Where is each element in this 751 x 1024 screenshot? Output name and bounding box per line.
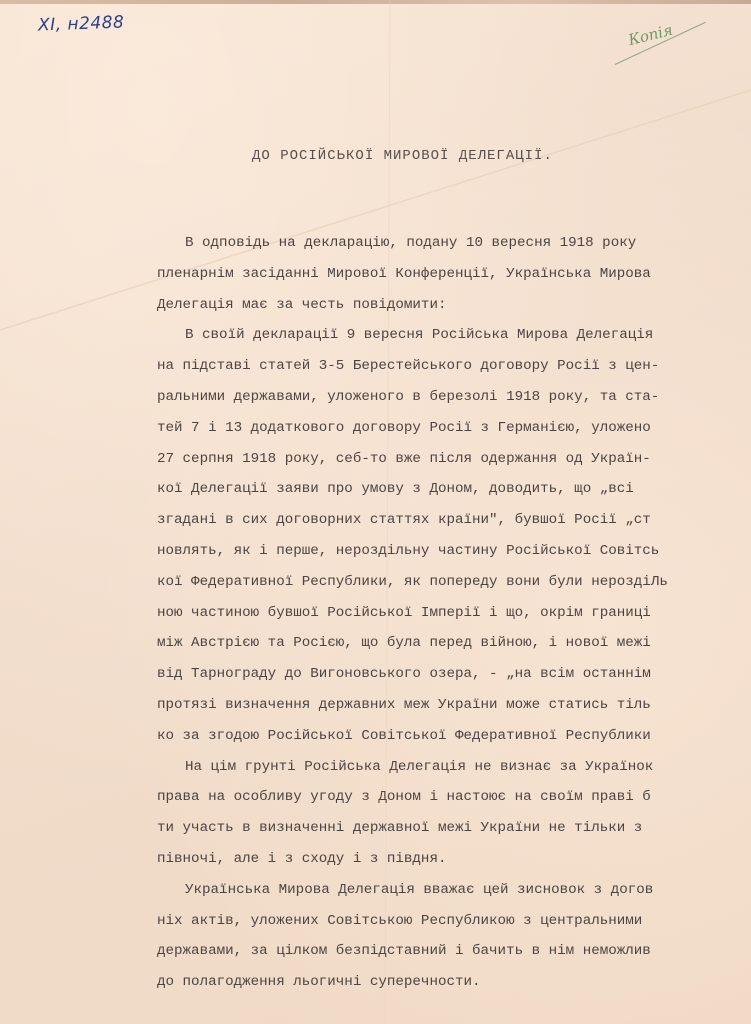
text-line: півночі, але і з сходу і з півдня.	[157, 844, 751, 875]
text-line: На цім грунті Російська Делегація не виз…	[157, 752, 751, 783]
text-line: державами, за цілком безпідставний і бач…	[157, 936, 751, 967]
text-line: між Австрією та Росією, що була перед ві…	[157, 628, 751, 659]
paper-top-edge	[0, 0, 751, 4]
text-line: пленарнім засіданні Мирової Конференції,…	[157, 259, 751, 290]
text-line: від Тарнограду до Вигоновського озера, -…	[157, 659, 751, 690]
text-line: згадані в сих договорних статтях країни"…	[157, 505, 751, 536]
text-line: ко за згодою Російської Совітської Федер…	[157, 721, 751, 752]
archive-reference-code: XI, н2488	[38, 12, 125, 35]
text-line: права на особливу угоду з Доном і настою…	[157, 782, 751, 813]
text-line: новлять, як і перше, нероздільну частину…	[157, 536, 751, 567]
text-line: на підставі статей 3-5 Берестейського до…	[157, 351, 751, 382]
document-body: В одповідь на декларацію, подану 10 вере…	[157, 228, 751, 998]
text-line: ною частиною бувшої Російської Імперії і…	[157, 598, 751, 629]
text-line: Делегація має за честь повідомити:	[157, 290, 751, 321]
text-line: В одповідь на декларацію, подану 10 вере…	[157, 228, 751, 259]
document-title: ДО РОСІЙСЬКОЇ МИРОВОЇ ДЕЛЕГАЦІЇ.	[252, 148, 553, 164]
document-page: XI, н2488 Копія ДО РОСІЙСЬКОЇ МИРОВОЇ ДЕ…	[0, 0, 751, 1024]
text-line: ніх актів, уложених Совітською Республик…	[157, 906, 751, 937]
text-line: до полагодження льогичні суперечности.	[157, 967, 751, 998]
text-line: Українська Мирова Делегація вважає цей з…	[157, 875, 751, 906]
text-line: протязі визначення державних меж України…	[157, 690, 751, 721]
text-line: кої Федеративної Республики, як попереду…	[157, 567, 751, 598]
handwritten-signature: Копія	[626, 21, 674, 49]
text-line: 27 серпня 1918 року, себ-то вже після од…	[157, 444, 751, 475]
text-line: ти участь в визначенні державної межі Ук…	[157, 813, 751, 844]
text-line: ральними державами, уложеного в березолі…	[157, 382, 751, 413]
text-line: В своїй декларації 9 вересня Російська М…	[157, 320, 751, 351]
text-line: тей 7 і 13 додаткового договору Росії з …	[157, 413, 751, 444]
text-line: кої Делегації заяви про умову з Доном, д…	[157, 474, 751, 505]
